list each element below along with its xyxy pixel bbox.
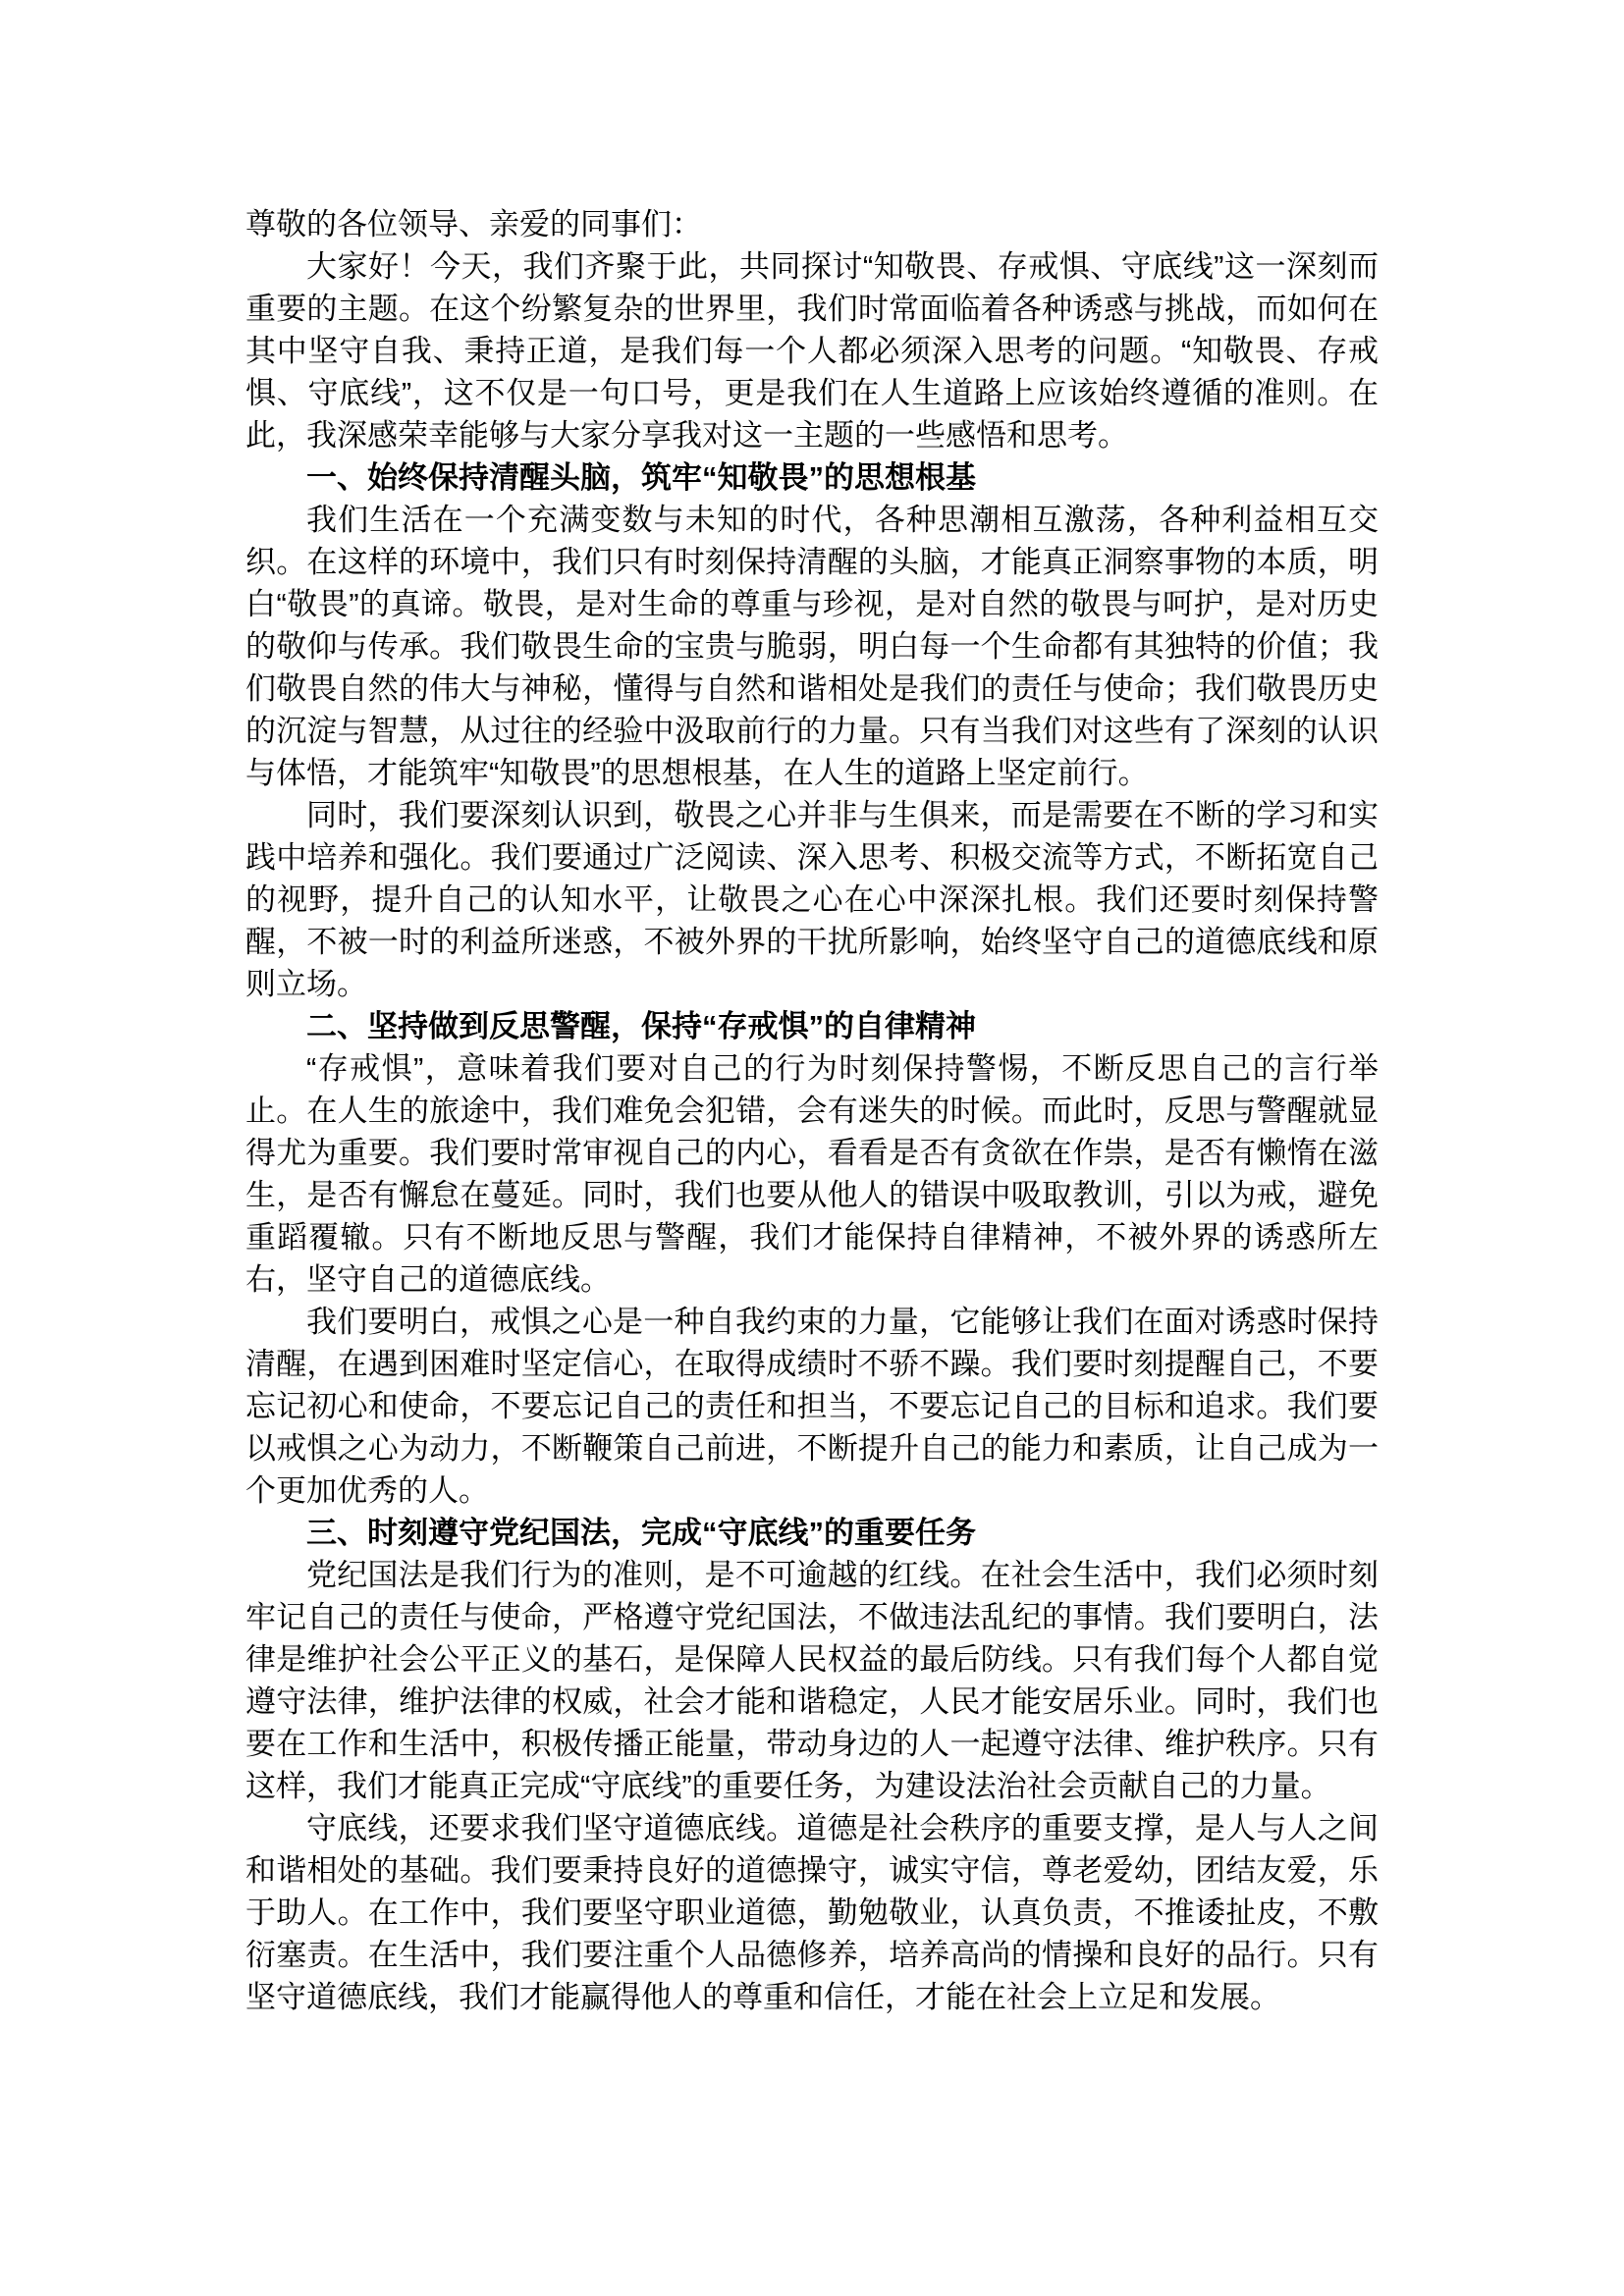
section-2-paragraph-1: “存戒惧”，意味着我们要对自己的行为时刻保持警惕，不断反思自己的言行举止。在人生… bbox=[245, 1047, 1379, 1301]
section-1-paragraph-1: 我们生活在一个充满变数与未知的时代，各种思潮相互激荡，各种利益相互交织。在这样的… bbox=[245, 499, 1379, 794]
section-3-paragraph-1: 党纪国法是我们行为的准则，是不可逾越的红线。在社会生活中，我们必须时刻牢记自己的… bbox=[245, 1554, 1379, 1807]
salutation-line: 尊敬的各位领导、亲爱的同事们： bbox=[245, 203, 1379, 245]
section-1-paragraph-2: 同时，我们要深刻认识到，敬畏之心并非与生俱来，而是需要在不断的学习和实践中培养和… bbox=[245, 794, 1379, 1005]
section-3-paragraph-2: 守底线，还要求我们坚守道德底线。道德是社会秩序的重要支撑，是人与人之间和谐相处的… bbox=[245, 1807, 1379, 2018]
section-2-paragraph-2: 我们要明白，戒惧之心是一种自我约束的力量，它能够让我们在面对诱惑时保持清醒，在遇… bbox=[245, 1301, 1379, 1512]
intro-paragraph: 大家好！今天，我们齐聚于此，共同探讨“知敬畏、存戒惧、守底线”这一深刻而重要的主… bbox=[245, 245, 1379, 456]
section-3-heading: 三、时刻遵守党纪国法，完成“守底线”的重要任务 bbox=[245, 1512, 1379, 1554]
section-1-heading: 一、始终保持清醒头脑，筑牢“知敬畏”的思想根基 bbox=[245, 456, 1379, 499]
document-page: 尊敬的各位领导、亲爱的同事们： 大家好！今天，我们齐聚于此，共同探讨“知敬畏、存… bbox=[0, 0, 1624, 2296]
document-body: 尊敬的各位领导、亲爱的同事们： 大家好！今天，我们齐聚于此，共同探讨“知敬畏、存… bbox=[245, 203, 1379, 2018]
section-2-heading: 二、坚持做到反思警醒，保持“存戒惧”的自律精神 bbox=[245, 1005, 1379, 1047]
